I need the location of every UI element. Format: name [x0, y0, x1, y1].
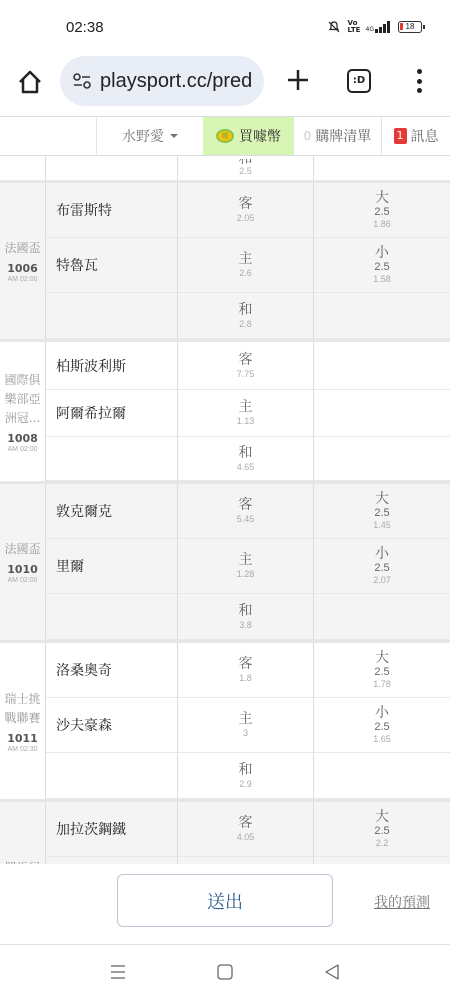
- bet-away-win[interactable]: 客7.75: [178, 342, 314, 390]
- empty-cell: [46, 293, 178, 339]
- battery-icon: 18: [398, 21, 422, 33]
- league-info: 國際俱樂部亞洲冠... 1008 AM 02:00: [0, 342, 46, 481]
- cart-count: 0: [304, 129, 312, 143]
- recent-apps-icon[interactable]: [110, 963, 126, 981]
- bet-away-win[interactable]: 客1.8: [178, 643, 314, 698]
- empty-cell: [314, 594, 450, 640]
- game-row: 法國盃 1006 AM 02:00 布雷斯特 客2.05 大2.51.86 特魯…: [0, 183, 450, 342]
- game-row: 法國盃 1010 AM 02:00 敦克爾克 客5.45 大2.51.45 里爾…: [0, 484, 450, 643]
- empty-cell: [46, 594, 178, 640]
- new-tab-icon[interactable]: [284, 66, 312, 94]
- empty-cell: [46, 753, 178, 799]
- buy-coin-label: 買噱幣: [239, 126, 281, 146]
- league-info: 法國盃 1010 AM 02:00: [0, 484, 46, 640]
- status-time: 02:38: [66, 19, 104, 36]
- cart-button[interactable]: 0 購牌清單: [294, 117, 382, 155]
- bet-home-win[interactable]: 主3: [178, 698, 314, 753]
- bet-home-win[interactable]: 主2.6: [178, 238, 314, 293]
- game-row: 國際俱樂部亞洲冠... 1008 AM 02:00 柏斯波利斯 客7.75 阿爾…: [0, 342, 450, 484]
- site-header: 水野愛 噱 買噱幣 0 購牌清單 1 訊息: [0, 116, 450, 156]
- bet-draw[interactable]: 和2.8: [178, 293, 314, 339]
- bet-draw[interactable]: 和3.8: [178, 594, 314, 640]
- buy-coin-button[interactable]: 噱 買噱幣: [203, 117, 294, 155]
- back-nav-icon[interactable]: [324, 963, 340, 981]
- empty-cell: [314, 390, 450, 437]
- bet-over[interactable]: 大2.51.78: [314, 643, 450, 698]
- game-row: 羅馬尼亞超級 加拉茨鋼鐵 客4.05 大2.52.2 布加勒斯特發電 主 小: [0, 802, 450, 864]
- header-spacer: [0, 117, 97, 155]
- away-team: 洛桑奧奇: [46, 643, 178, 698]
- my-predictions-link[interactable]: 我的預測: [374, 892, 430, 912]
- bet-draw[interactable]: 和4.65: [178, 437, 314, 481]
- away-team: 柏斯波利斯: [46, 342, 178, 390]
- site-settings-icon[interactable]: [72, 72, 92, 90]
- empty-cell: [46, 437, 178, 481]
- game-row: 瑞士挑戰聯賽 1011 AM 02:30 洛桑奧奇 客1.8 大2.51.78 …: [0, 643, 450, 802]
- games-table[interactable]: 和 2.5 法國盃 1006 AM 02:00 布雷斯特 客2.05 大2.51…: [0, 156, 450, 864]
- partial-game-row: 和 2.5: [0, 156, 450, 183]
- bet-draw[interactable]: 和 2.5: [178, 156, 314, 180]
- bet-over[interactable]: 大2.52.2: [314, 802, 450, 857]
- away-team: 敦克爾克: [46, 484, 178, 539]
- username: 水野愛: [122, 126, 164, 146]
- bet-away-win[interactable]: 客4.05: [178, 802, 314, 857]
- action-footer: 送出 我的預測: [0, 864, 450, 944]
- away-team: 加拉茨鋼鐵: [46, 802, 178, 857]
- home-nav-icon[interactable]: [216, 963, 234, 981]
- empty-cell: [314, 342, 450, 390]
- bet-under[interactable]: 小2.52.07: [314, 539, 450, 594]
- away-team: 布雷斯特: [46, 183, 178, 238]
- bet-draw[interactable]: 和2.9: [178, 753, 314, 799]
- address-bar[interactable]: playsport.cc/pred: [60, 56, 264, 106]
- bet-home-win[interactable]: 主1.13: [178, 390, 314, 437]
- empty-cell: [314, 293, 450, 339]
- empty-cell: [314, 437, 450, 481]
- system-nav-bar: [0, 944, 450, 1000]
- bet-home-win[interactable]: 主: [178, 857, 314, 864]
- status-icons: Vo LTE 4G 18: [328, 20, 422, 34]
- home-team: 阿爾希拉爾: [46, 390, 178, 437]
- submit-button[interactable]: 送出: [117, 874, 333, 927]
- status-bar: 02:38 Vo LTE 4G 18: [0, 0, 450, 50]
- league-info: 法國盃 1006 AM 02:00: [0, 183, 46, 339]
- tab-switcher-button[interactable]: :D: [347, 69, 371, 93]
- bet-home-win[interactable]: 主1.28: [178, 539, 314, 594]
- bet-under[interactable]: 小2.51.58: [314, 238, 450, 293]
- league-info: 羅馬尼亞超級: [0, 802, 46, 864]
- messages-button[interactable]: 1 訊息: [382, 117, 450, 155]
- network-type-label: 4G: [366, 26, 374, 33]
- bell-muted-icon: [328, 21, 340, 33]
- signal-icon: [375, 21, 390, 33]
- home-team: 布加勒斯特發電: [46, 857, 178, 864]
- league-info: 瑞士挑戰聯賽 1011 AM 02:30: [0, 643, 46, 799]
- volte-icon: Vo LTE: [348, 20, 358, 34]
- messages-label: 訊息: [411, 126, 439, 146]
- cart-label: 購牌清單: [315, 126, 371, 146]
- home-team: 里爾: [46, 539, 178, 594]
- more-menu-icon[interactable]: [412, 67, 426, 95]
- user-menu[interactable]: 水野愛: [97, 117, 203, 155]
- bet-away-win[interactable]: 客2.05: [178, 183, 314, 238]
- caret-down-icon: [170, 134, 178, 138]
- bet-over[interactable]: 大2.51.86: [314, 183, 450, 238]
- message-count-badge: 1: [394, 128, 407, 144]
- bet-under[interactable]: 小: [314, 857, 450, 864]
- bet-away-win[interactable]: 客5.45: [178, 484, 314, 539]
- bet-over[interactable]: 大2.51.45: [314, 484, 450, 539]
- bet-under[interactable]: 小2.51.65: [314, 698, 450, 753]
- empty-cell: [314, 753, 450, 799]
- coin-icon: 噱: [216, 129, 234, 143]
- home-icon[interactable]: [16, 68, 44, 96]
- home-team: 沙夫豪森: [46, 698, 178, 753]
- home-team: 特魯瓦: [46, 238, 178, 293]
- url-text: playsport.cc/pred: [100, 70, 252, 93]
- browser-toolbar: playsport.cc/pred :D: [0, 50, 450, 116]
